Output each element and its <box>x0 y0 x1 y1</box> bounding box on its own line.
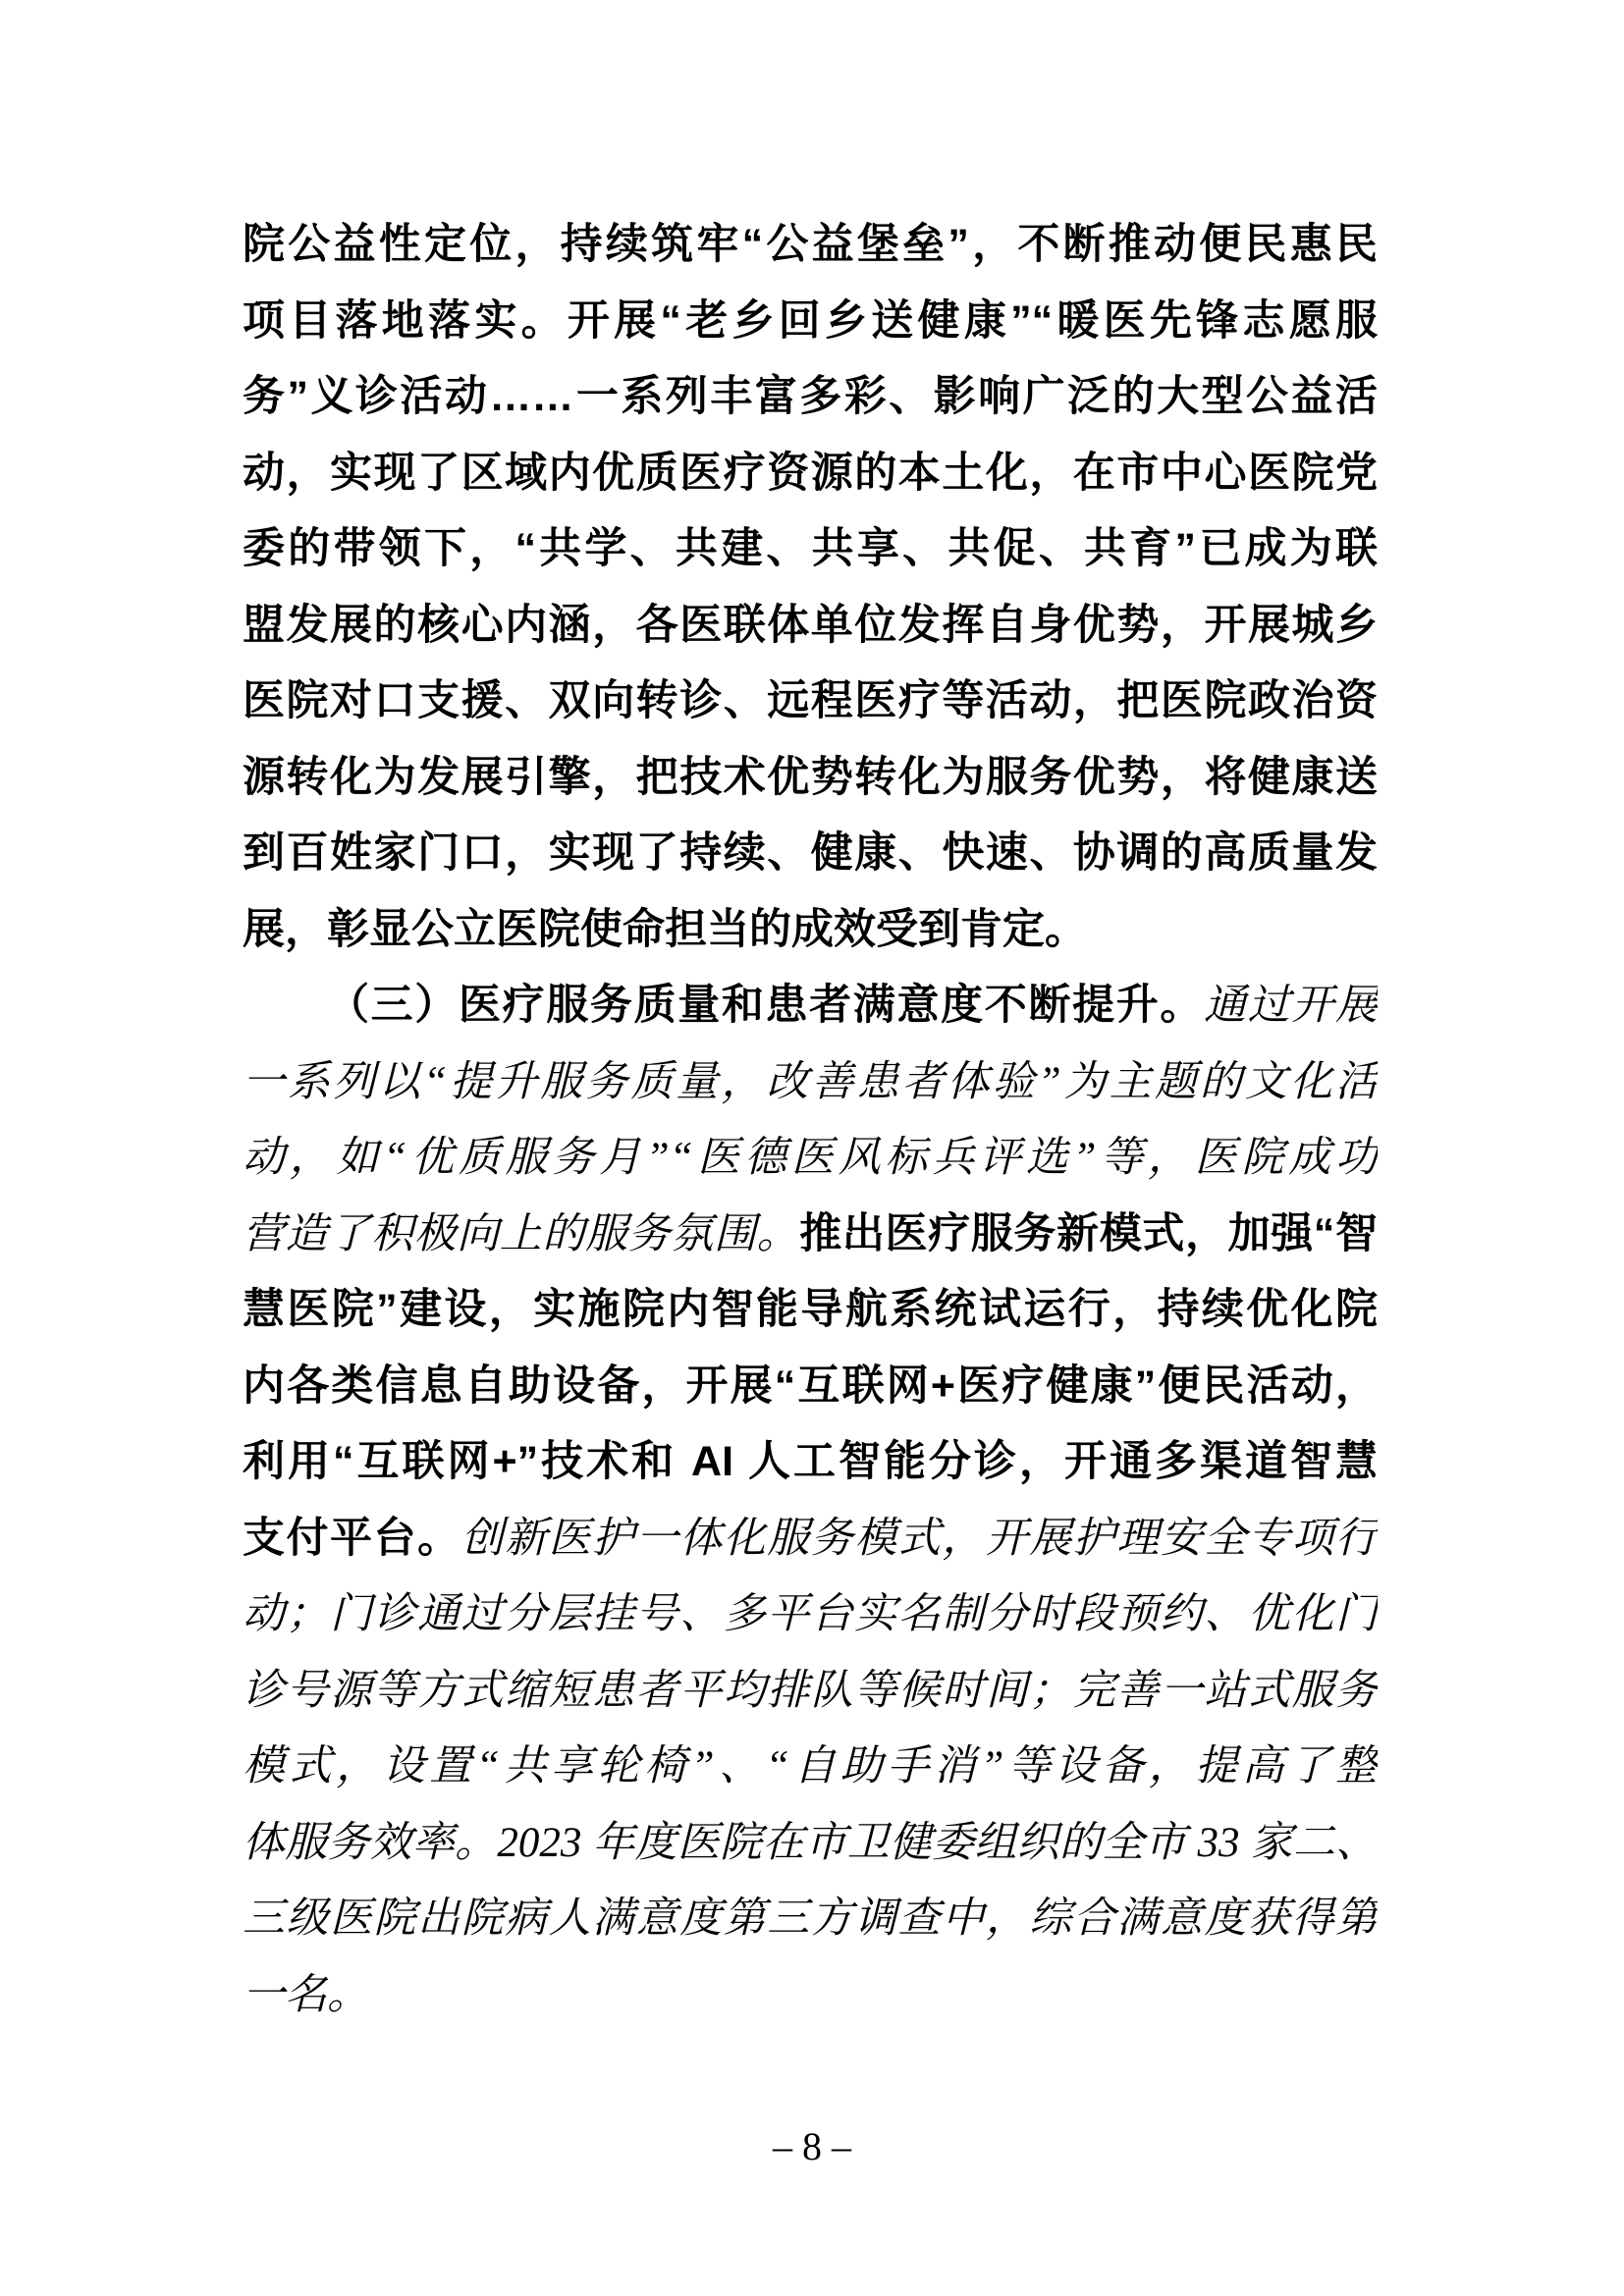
text-segment: 展，彰显公立医院使命担当的成效受到肯定。 <box>243 906 1087 953</box>
text-line: 项目落地落实。开展“老乡回乡送健康”“暖医先锋志愿服 <box>243 284 1378 360</box>
text-line: 动，实现了区域内优质医疗资源的本土化，在市中心医院党 <box>243 436 1378 512</box>
text-segment: 利用“互联网+”技术和 AI 人工智能分诊，开通多渠道智慧 <box>243 1438 1378 1485</box>
text-segment: 医院对口支援、双向转诊、远程医疗等活动，把医院政治资 <box>243 677 1378 724</box>
text-segment: 委的带领下，“共学、共建、共享、共促、共育”已成为联 <box>243 525 1378 572</box>
text-line: 盟发展的核心内涵，各医联体单位发挥自身优势，开展城乡 <box>243 588 1378 665</box>
text-line: 三级医院出院病人满意度第三方调查中，综合满意度获得第 <box>243 1881 1378 1957</box>
text-line: 委的带领下，“共学、共建、共享、共促、共育”已成为联 <box>243 511 1378 588</box>
section-heading-line: （三）医疗服务质量和患者满意度不断提升。通过开展 <box>243 968 1378 1044</box>
text-line: 诊号源等方式缩短患者平均排队等候时间；完善一站式服务 <box>243 1653 1378 1730</box>
text-segment: 动；门诊通过分层挂号、多平台实名制分时段预约、优化门 <box>243 1591 1378 1637</box>
text-line: 慧医院”建设，实施院内智能导航系统试运行，持续优化院 <box>243 1272 1378 1349</box>
text-segment: 三级医院出院病人满意度第三方调查中，综合满意度获得第 <box>243 1896 1378 1942</box>
document-body: 院公益性定位，持续筑牢“公益堡垒”，不断推动便民惠民 项目落地落实。开展“老乡回… <box>243 207 1378 2033</box>
text-line: 体服务效率。2023 年度医院在市卫健委组织的全市 33 家二、 <box>243 1805 1378 1882</box>
text-segment: 一名。 <box>243 1972 369 2018</box>
text-line: 展，彰显公立医院使命担当的成效受到肯定。 <box>243 892 1378 969</box>
text-line: 内各类信息自助设备，开展“互联网+医疗健康”便民活动， <box>243 1349 1378 1425</box>
document-page: { "doc": { "lines": [ {"segs": [{"t": "院… <box>0 0 1624 2296</box>
text-line: 医院对口支援、双向转诊、远程医疗等活动，把医院政治资 <box>243 664 1378 740</box>
text-line: 到百姓家门口，实现了持续、健康、快速、协调的高质量发 <box>243 816 1378 892</box>
text-line: 支付平台。创新医护一体化服务模式，开展护理安全专项行 <box>243 1501 1378 1577</box>
text-segment: 动，实现了区域内优质医疗资源的本土化，在市中心医院党 <box>243 450 1378 497</box>
section-heading: （三）医疗服务质量和患者满意度不断提升。 <box>327 982 1204 1029</box>
text-line: 动，如“优质服务月”“医德医风标兵评选”等，医院成功 <box>243 1120 1378 1197</box>
text-segment: 院公益性定位，持续筑牢“公益堡垒”，不断推动便民惠民 <box>243 221 1378 268</box>
text-segment: 通过开展 <box>1204 983 1378 1029</box>
text-line: 模式，设置“共享轮椅”、“自助手消”等设备，提高了整 <box>243 1729 1378 1805</box>
text-segment: 源转化为发展引擎，把技术优势转化为服务优势，将健康送 <box>243 754 1378 801</box>
text-segment: 营造了积极向上的服务氛围。 <box>243 1211 799 1257</box>
text-segment: 模式，设置“共享轮椅”、“自助手消”等设备，提高了整 <box>243 1743 1378 1789</box>
text-line: 利用“互联网+”技术和 AI 人工智能分诊，开通多渠道智慧 <box>243 1424 1378 1501</box>
text-segment: 创新医护一体化服务模式，开展护理安全专项行 <box>461 1516 1378 1562</box>
text-line: 一名。 <box>243 1957 1378 2034</box>
text-segment: 内各类信息自助设备，开展“互联网+医疗健康”便民活动， <box>243 1362 1378 1410</box>
text-line: 动；门诊通过分层挂号、多平台实名制分时段预约、优化门 <box>243 1576 1378 1653</box>
text-segment: 务”义诊活动……一系列丰富多彩、影响广泛的大型公益活 <box>243 373 1378 420</box>
text-segment: 项目落地落实。开展“老乡回乡送健康”“暖医先锋志愿服 <box>243 297 1378 345</box>
text-line: 营造了积极向上的服务氛围。推出医疗服务新模式，加强“智 <box>243 1197 1378 1273</box>
text-segment: 推出医疗服务新模式，加强“智 <box>799 1210 1378 1257</box>
text-line: 源转化为发展引擎，把技术优势转化为服务优势，将健康送 <box>243 740 1378 817</box>
text-segment: 到百姓家门口，实现了持续、健康、快速、协调的高质量发 <box>243 829 1378 877</box>
text-segment: 慧医院”建设，实施院内智能导航系统试运行，持续优化院 <box>243 1286 1378 1333</box>
text-segment: 支付平台。 <box>243 1515 461 1562</box>
text-segment: 诊号源等方式缩短患者平均排队等候时间；完善一站式服务 <box>243 1668 1378 1714</box>
text-segment: 一系列以“提升服务质量，改善患者体验”为主题的文化活 <box>243 1059 1378 1105</box>
text-line: 院公益性定位，持续筑牢“公益堡垒”，不断推动便民惠民 <box>243 207 1378 284</box>
text-line: 务”义诊活动……一系列丰富多彩、影响广泛的大型公益活 <box>243 359 1378 436</box>
text-segment: 动，如“优质服务月”“医德医风标兵评选”等，医院成功 <box>243 1135 1378 1181</box>
text-line: 一系列以“提升服务质量，改善患者体验”为主题的文化活 <box>243 1044 1378 1121</box>
page-number: – 8 – <box>0 2123 1624 2170</box>
text-segment: 盟发展的核心内涵，各医联体单位发挥自身优势，开展城乡 <box>243 602 1378 649</box>
text-segment: 体服务效率。2023 年度医院在市卫健委组织的全市 33 家二、 <box>243 1820 1378 1866</box>
